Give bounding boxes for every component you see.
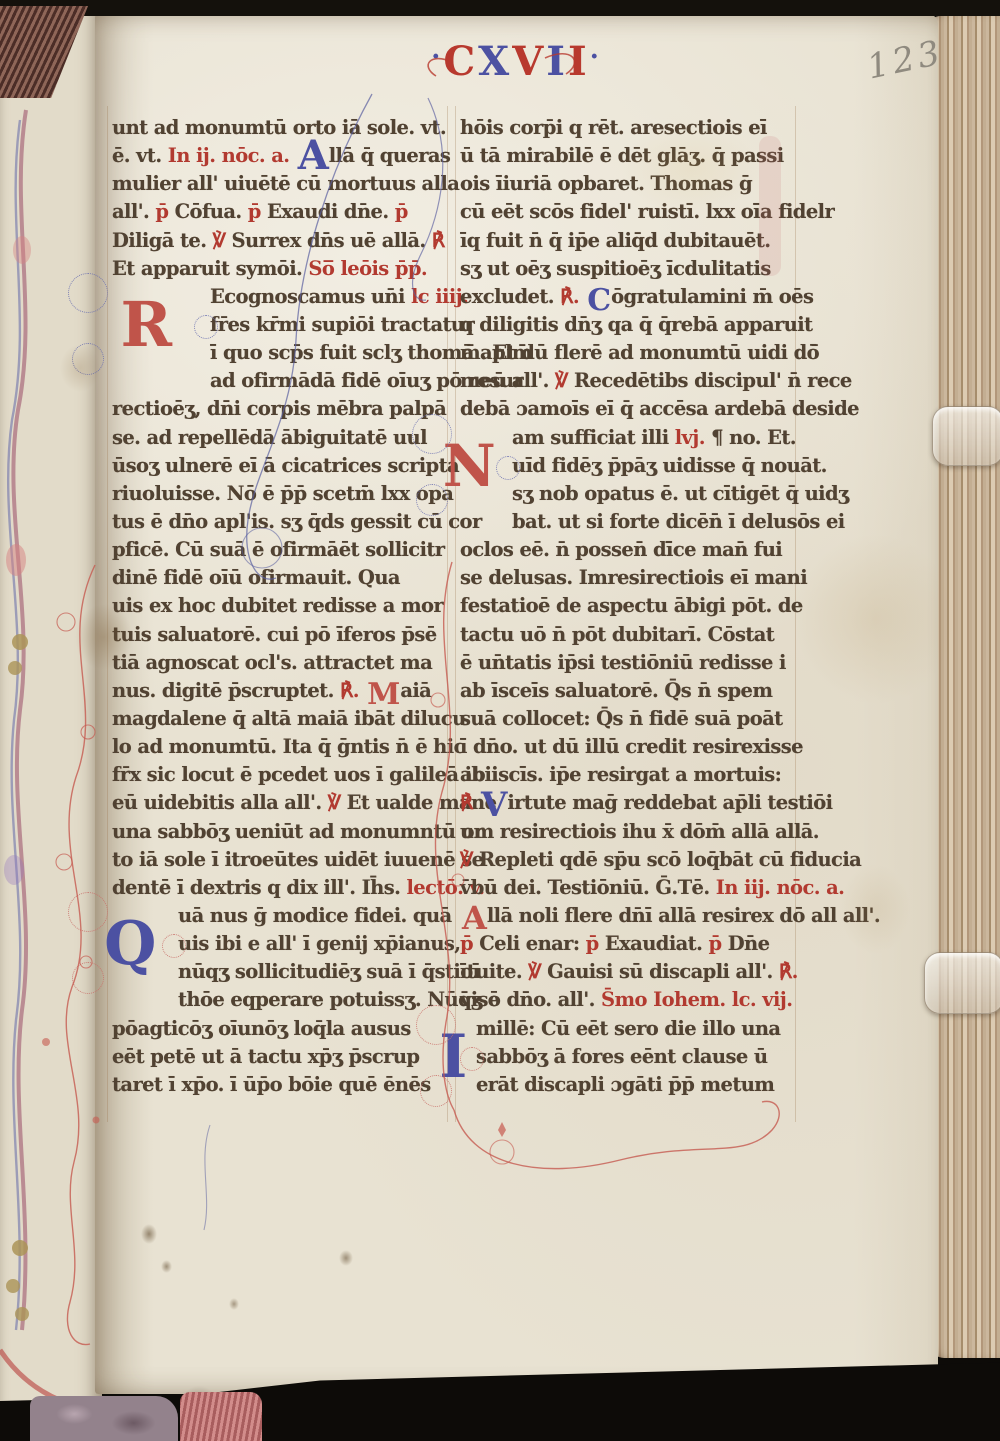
text-line: dinē fidē oīū ofirmauit. Qua (112, 564, 446, 592)
text-segment: v̄bū dei. Testiōniū. Ḡ.Tē. (460, 876, 716, 899)
photo-scene: ·CXVII· 123 unt ad monumtū orto iā sole.… (0, 0, 1000, 1441)
text-line: īq fuit n̄ q̄ ip̄e aliq̄d dubitauēt. (460, 227, 794, 255)
parchment-stain (141, 1224, 157, 1244)
filigree-ornament (194, 315, 218, 339)
text-segment: Exaudi dn̄e. (267, 200, 395, 223)
text-segment: to iā sole ī itroeūtes uidēt iuuenē se (112, 848, 483, 871)
text-segment: pficē. Cū suā ē ofirmāēt sollicitr (112, 538, 444, 561)
text-line: se delusas. Imresirectiois eī mani (460, 564, 794, 592)
text-segment: eū uidebitis alla all'. (112, 791, 328, 814)
rubric-segment: p̄ (708, 932, 727, 955)
text-segment: am sufficiat illi (512, 426, 675, 449)
text-segment: sabbōʒ ā fores eēnt clause ū (476, 1045, 767, 1068)
text-line: taret ī xp̄o. ī ūp̄o bōie quē ēnēs (112, 1071, 446, 1099)
page-heading: ·CXVII· (95, 38, 938, 85)
drop-initial-letter: N (443, 437, 495, 495)
text-segment: magdalene q̄ altā maiā ibāt dilucu (112, 707, 466, 730)
binding-textile (30, 1396, 178, 1441)
heading-letter: X (478, 38, 512, 85)
heading-letter: V (512, 38, 546, 85)
page-clip-upper (932, 406, 1000, 466)
rubric-segment: ℟ (432, 229, 445, 252)
text-segment: Cōfua. (175, 200, 248, 223)
text-line: dentē ī dextris q dix ill'. Ih̄s. lectō.… (112, 874, 446, 902)
text-segment: ōgratulamini m̄ oēs (611, 285, 813, 308)
rubric-segment: p̄ (395, 200, 408, 223)
text-line: Allā noli flere dn̄ī allā resirex dō all… (460, 902, 794, 930)
inline-initial: M (365, 677, 400, 712)
rubric-segment: ℟. (560, 285, 585, 308)
drop-initial-R: R (82, 283, 210, 367)
filigree-ornament (162, 934, 186, 958)
drop-initial-N: N (426, 424, 512, 508)
text-line: ab īsceīs saluatorē. Q̄s n̄ spem (460, 677, 794, 705)
rubric-segment: ℟ (460, 791, 479, 814)
text-line: hōis corp̄i q rēt. aresectiois eī (460, 114, 794, 142)
text-segment: all'. (112, 200, 155, 223)
text-line: ē un̄tatis ip̄si testiōniū redisse i (460, 649, 794, 677)
text-line: eēt petē ut ā tactu xp̄ʒ p̄scrup (112, 1043, 446, 1071)
text-segment: meū all'. (460, 369, 555, 392)
facing-page-edge (0, 10, 102, 1412)
page-clip-lower (924, 952, 1000, 1014)
text-segment: excludet. (460, 285, 560, 308)
text-line: Diligā te. ℣ Surrex dn̄s uē allā. ℟ (112, 227, 446, 255)
filigree-ornament (68, 892, 108, 932)
text-line: ℣ Repleti qdē sp̄u scō loq̄bāt cū fiduci… (460, 846, 794, 874)
text-line: REcognoscamus un̄i lc iiij. (112, 283, 446, 311)
rubric-segment: So̅ leōis p̄p̄. (308, 257, 427, 280)
text-segment: sʒ ut oēʒ suspitioēʒ īcdulitatis (460, 257, 771, 280)
text-segment: riuoluisse. Nō ē p̄p̄ scetm̄ lxx opa (112, 482, 453, 505)
text-segment: fr̄es kr̄mi supiōi tractatur (210, 313, 474, 336)
text-segment: tiā agnoscat ocl's. attractet ma (112, 651, 432, 674)
text-segment: fr̄x sic locut ē pcedet uos ī galileā ib… (112, 763, 491, 786)
text-segment: ē. vt. (112, 144, 168, 167)
manuscript-page: ·CXVII· 123 unt ad monumtū orto iā sole.… (95, 14, 938, 1394)
filigree-ornament (420, 1075, 452, 1107)
text-segment: pōagticōʒ oīunōʒ loq̄la ausus (112, 1017, 411, 1040)
text-segment: tuis saluatorē. cui pō īferos p̄sē (112, 623, 437, 646)
text-line: ītuite. ℣ Gauisi sū discapli all'. ℟. (460, 958, 794, 986)
rubric-segment: lvj. (675, 426, 711, 449)
text-segment: q diligitis dn̄ʒ qa q̄ q̄rebā apparuit (460, 313, 812, 336)
text-line: ab iscīs. ip̄e resirgat a mortuis: (460, 761, 794, 789)
text-line: cū eēt scōs fidel' ruistī. lxx oīa fidel… (460, 198, 794, 226)
text-line: meū all'. ℣ Recedētibs discipul' n̄ rece (460, 367, 794, 395)
text-segment: una sabbōʒ ueniūt ad monumntū or (112, 820, 484, 843)
text-segment: ītuite. (460, 960, 528, 983)
rubric-segment: ℣ (213, 229, 232, 252)
text-line: to iā sole ī itroeūtes uidēt iuuenē se (112, 846, 446, 874)
heading-letter: · (431, 42, 443, 72)
filigree-ornament (496, 456, 520, 480)
heading-letter: I (546, 38, 568, 85)
text-segment: ī dn̄o. ut dū illū credit resirexisse (460, 735, 803, 758)
text-segment: aiā (400, 679, 431, 702)
photo-backdrop (0, 0, 1000, 16)
text-segment: dinē fidē oīū ofirmauit. Qua (112, 566, 400, 589)
text-segment: īq fuit n̄ q̄ ip̄e aliq̄d dubitauēt. (460, 229, 770, 252)
parchment-stain (795, 534, 955, 704)
text-line: lo ad monumtū. Ita q̄ ḡntis n̄ ē hic (112, 733, 446, 761)
bookmark-ribbon (180, 1392, 262, 1441)
text-line: mulier all' uiuētē cū mortuus alla (112, 170, 446, 198)
text-line: excludet. ℟. Cōgratulamini m̄ oēs (460, 283, 794, 311)
filigree-ornament (460, 1047, 484, 1071)
text-segment: eēt petē ut ā tactu xp̄ʒ p̄scrup (112, 1045, 419, 1068)
text-segment: tactu uō n̄ pōt dubitarī. Cōstat (460, 623, 774, 646)
text-line: una sabbōʒ ueniūt ad monumntū or (112, 818, 446, 846)
rubric-segment: p̄ (248, 200, 267, 223)
filigree-ornament (416, 484, 448, 516)
text-segment: Et apparuit symōi. (112, 257, 308, 280)
text-segment: bat. ut si forte dicēn̄ ī delusōs ei (512, 510, 845, 533)
text-segment: hōis corp̄i q rēt. aresectiois eī (460, 116, 767, 139)
text-line: thōe eqperare potuissʒ. Nūq̄ʒ ē (112, 986, 446, 1014)
parchment-stain (229, 1298, 239, 1310)
rubric-segment: ℟. (779, 960, 798, 983)
rubric-segment: In ij. nōc. a. (168, 144, 296, 167)
text-segment: nus. digitē p̄scruptet. (112, 679, 340, 702)
text-line: v̄bū dei. Testiōniū. Ḡ.Tē. In iij. nōc. … (460, 874, 794, 902)
text-line: rectioēʒ, dn̄i corpis mēbra palpā (112, 395, 446, 423)
text-segment: Surrex dn̄s uē allā. (232, 229, 432, 252)
text-line: ī dn̄o. ut dū illū credit resirexisse (460, 733, 794, 761)
text-segment: millē: Cū eēt sero die illo una (476, 1017, 780, 1040)
text-line: ūsoʒ ulnerē eī ā cicatrices scripta (112, 452, 446, 480)
text-line: um resirectiois ihu x̄ dōm̄ allā allā. (460, 818, 794, 846)
text-line: ē. vt. In ij. nōc. a. Allā q̄ queras (112, 142, 446, 170)
rubric-segment: ℟. (340, 679, 365, 702)
heading-letter: I (568, 38, 590, 85)
text-segment: cū eēt scōs fidel' ruistī. lxx oīa fidel… (460, 200, 834, 223)
text-segment: ū tā mirabilē ē dēt glāʒ. q̄ passi (460, 144, 784, 167)
text-line: m̄. Et dū flerē ad monumtū uidi dō̄ (460, 339, 794, 367)
rubric-segment: In iij. nōc. a. (716, 876, 845, 899)
heading-letter: C (443, 38, 478, 85)
rubric-segment: ℣ (555, 369, 574, 392)
text-segment: suā collocet: Q̄s n̄ fidē suā poāt (460, 707, 783, 730)
filigree-ornament (68, 273, 108, 313)
text-segment: taret ī xp̄o. ī ūp̄o bōie quē ēnēs (112, 1073, 431, 1096)
rubric-segment: ℣ (460, 848, 479, 871)
text-line: p̄ Celi enar: p̄ Exaudiat. p̄ Dn̄e (460, 930, 794, 958)
rubric-segment: ℣ (528, 960, 547, 983)
text-line: tactu uō n̄ pōt dubitarī. Cōstat (460, 621, 794, 649)
filigree-ornament (72, 962, 104, 994)
text-line: fr̄x sic locut ē pcedet uos ī galileā ib… (112, 761, 446, 789)
drop-initial-Q: Q (82, 902, 178, 986)
text-line: viso dn̄o. all'. S̄mo Iohem. lc. vij. (460, 986, 794, 1014)
text-segment: sʒ nob opatus ē. ut cītigēt q̄ uidʒ (512, 482, 849, 505)
text-line: eū uidebitis alla all'. ℣ Et ualde mane (112, 789, 446, 817)
text-line: sʒ ut oēʒ suspitioēʒ īcdulitatis (460, 255, 794, 283)
text-line: Nam sufficiat illi lvj. ¶ no. Et. (460, 424, 794, 452)
text-segment: erāt discapli ɔgāti p̄p̄ metum (476, 1073, 774, 1096)
text-line: uis ex hoc dubitet redisse a mor (112, 592, 446, 620)
text-segment: ab iscīs. ip̄e resirgat a mortuis: (460, 763, 781, 786)
drop-initial-I: I (430, 1015, 476, 1099)
text-segment: viso dn̄o. all'. (460, 988, 601, 1011)
text-segment: se. ad repellēdā ābiguitatē uul (112, 426, 427, 449)
text-line: q diligitis dn̄ʒ qa q̄ q̄rebā apparuit (460, 311, 794, 339)
text-segment: Diligā te. (112, 229, 213, 252)
text-line: unt ad monumtū orto iā sole. vt. (112, 114, 446, 142)
text-segment: nūqʒ sollicitudiēʒ suā ī q̄stioī (178, 960, 479, 983)
text-line: all'. p̄ Cōfua. p̄ Exaudi dn̄e. p̄ (112, 198, 446, 226)
text-segment: irtute maḡ reddebat ap̄li testiōi (507, 791, 832, 814)
text-segment: uā nus ḡ modice fidei. quā (178, 904, 452, 927)
text-segment: ē un̄tatis ip̄si testiōniū redisse i (460, 651, 786, 674)
text-line: ad ofirmādā fidē oīuʒ pō resur (112, 367, 446, 395)
text-segment: Recedētibs discipul' n̄ rece (574, 369, 852, 392)
inline-initial: A (460, 899, 487, 937)
inline-initial: C (585, 283, 611, 318)
text-line: debā ɔamoīs eī q̄ accēsa ardebā deside (460, 395, 794, 423)
filigree-ornament (412, 414, 452, 454)
text-segment: ois īiuriā opbaret. Thomas ḡ (460, 172, 752, 195)
text-segment: dentē ī dextris q dix ill'. Ih̄s. (112, 876, 406, 899)
text-segment: ab īsceīs saluatorē. Q̄s n̄ spem (460, 679, 772, 702)
inline-initial: A (296, 132, 329, 179)
text-line: pōagticōʒ oīunōʒ loq̄la ausus (112, 1015, 446, 1043)
text-line: ois īiuriā opbaret. Thomas ḡ (460, 170, 794, 198)
text-column-left: unt ad monumtū orto iā sole. vt.ē. vt. I… (112, 114, 446, 1099)
parchment-stain (339, 1250, 353, 1266)
text-segment: unt ad monumtū orto iā sole. vt. (112, 116, 446, 139)
text-segment: Repleti qdē sp̄u scō loq̄bāt cū fiducia (479, 848, 861, 871)
text-line: pficē. Cū suā ē ofirmāēt sollicitr (112, 536, 446, 564)
text-segment: debā ɔamoīs eī q̄ accēsa ardebā deside (460, 397, 859, 420)
text-segment: Ecognoscamus un̄i (210, 285, 411, 308)
text-line: nus. digitē p̄scruptet. ℟. Maiā (112, 677, 446, 705)
text-segment: mulier all' uiuētē cū mortuus alla (112, 172, 459, 195)
text-line: erāt discapli ɔgāti p̄p̄ metum (460, 1071, 794, 1099)
text-line: tuis saluatorē. cui pō īferos p̄sē (112, 621, 446, 649)
text-line: se. ad repellēdā ābiguitatē uul (112, 424, 446, 452)
text-segment: llā q̄ queras (329, 144, 451, 167)
text-segment: oclos eē. n̄ possen̄ dī̄ce man̄ fui (460, 538, 782, 561)
text-segment: thōe eqperare potuissʒ. Nūq̄ʒ ē (178, 988, 500, 1011)
text-segment: Celi enar: (479, 932, 585, 955)
text-segment: uīd fidēʒ p̄pāʒ uidisse q̄ nouāt. (512, 454, 827, 477)
text-line: tiā agnoscat ocl's. attractet ma (112, 649, 446, 677)
text-segment: lo ad monumtū. Ita q̄ ḡntis n̄ ē hic (112, 735, 465, 758)
text-line: ℟ Virtute maḡ reddebat ap̄li testiōi (460, 789, 794, 817)
text-segment: um resirectiois ihu x̄ dōm̄ allā allā. (460, 820, 819, 843)
text-line: tus ē dn̄o apl'is. sʒ q̄ds gessit cū cor (112, 508, 446, 536)
text-segment: Gauisi sū discapli all'. (547, 960, 779, 983)
text-line: Et apparuit symōi. So̅ leōis p̄p̄. (112, 255, 446, 283)
text-segment: Exaudiat. (605, 932, 709, 955)
text-line: ū tā mirabilē ē dēt glāʒ. q̄ passi (460, 142, 794, 170)
text-column-right: hōis corp̄i q rēt. aresectiois eīū tā mi… (460, 114, 794, 1099)
rubric-segment: S̄mo Iohem. lc. vij. (601, 988, 792, 1011)
filigree-ornament (416, 1005, 456, 1045)
text-segment: ¶ no. Et. (711, 426, 796, 449)
text-segment: uis ibi e all' ī genij xp̄ianus, (178, 932, 461, 955)
text-line: festatioē de aspectu ābigi pōt. de (460, 592, 794, 620)
heading-letter: · (590, 42, 602, 72)
text-segment: ūsoʒ ulnerē eī ā cicatrices scripta (112, 454, 459, 477)
text-line: oclos eē. n̄ possen̄ dī̄ce man̄ fui (460, 536, 794, 564)
text-line: Imillē: Cū eēt sero die illo una (460, 1015, 794, 1043)
text-segment: uis ex hoc dubitet redisse a mor (112, 594, 443, 617)
text-segment: m̄. Et dū flerē ad monumtū uidi dō̄ (460, 341, 819, 364)
text-line: bat. ut si forte dicēn̄ ī delusōs ei (460, 508, 794, 536)
filigree-ornament (72, 343, 104, 375)
rubric-segment: p̄ (155, 200, 174, 223)
text-segment: Dn̄e (728, 932, 770, 955)
rubric-segment: p̄ (586, 932, 605, 955)
text-segment: se delusas. Imresirectiois eī mani (460, 566, 807, 589)
text-segment: rectioēʒ, dn̄i corpis mēbra palpā (112, 397, 446, 420)
inline-initial: V (479, 785, 507, 825)
drop-initial-letter: R (121, 294, 172, 356)
text-line: riuoluisse. Nō ē p̄p̄ scetm̄ lxx opa (112, 480, 446, 508)
text-line: sabbōʒ ā fores eēnt clause ū (460, 1043, 794, 1071)
text-segment: festatioē de aspectu ābigi pōt. de (460, 594, 803, 617)
rubric-segment: ℣ (328, 791, 347, 814)
text-segment: llā noli flere dn̄ī allā resirex dō all … (487, 904, 880, 927)
text-line: Quā nus ḡ modice fidei. quā (112, 902, 446, 930)
book-fore-edge (930, 16, 1000, 1358)
parchment-stain (161, 1260, 172, 1273)
drop-initial-letter: Q (104, 914, 156, 974)
text-line: suā collocet: Q̄s n̄ fidē suā poāt (460, 705, 794, 733)
